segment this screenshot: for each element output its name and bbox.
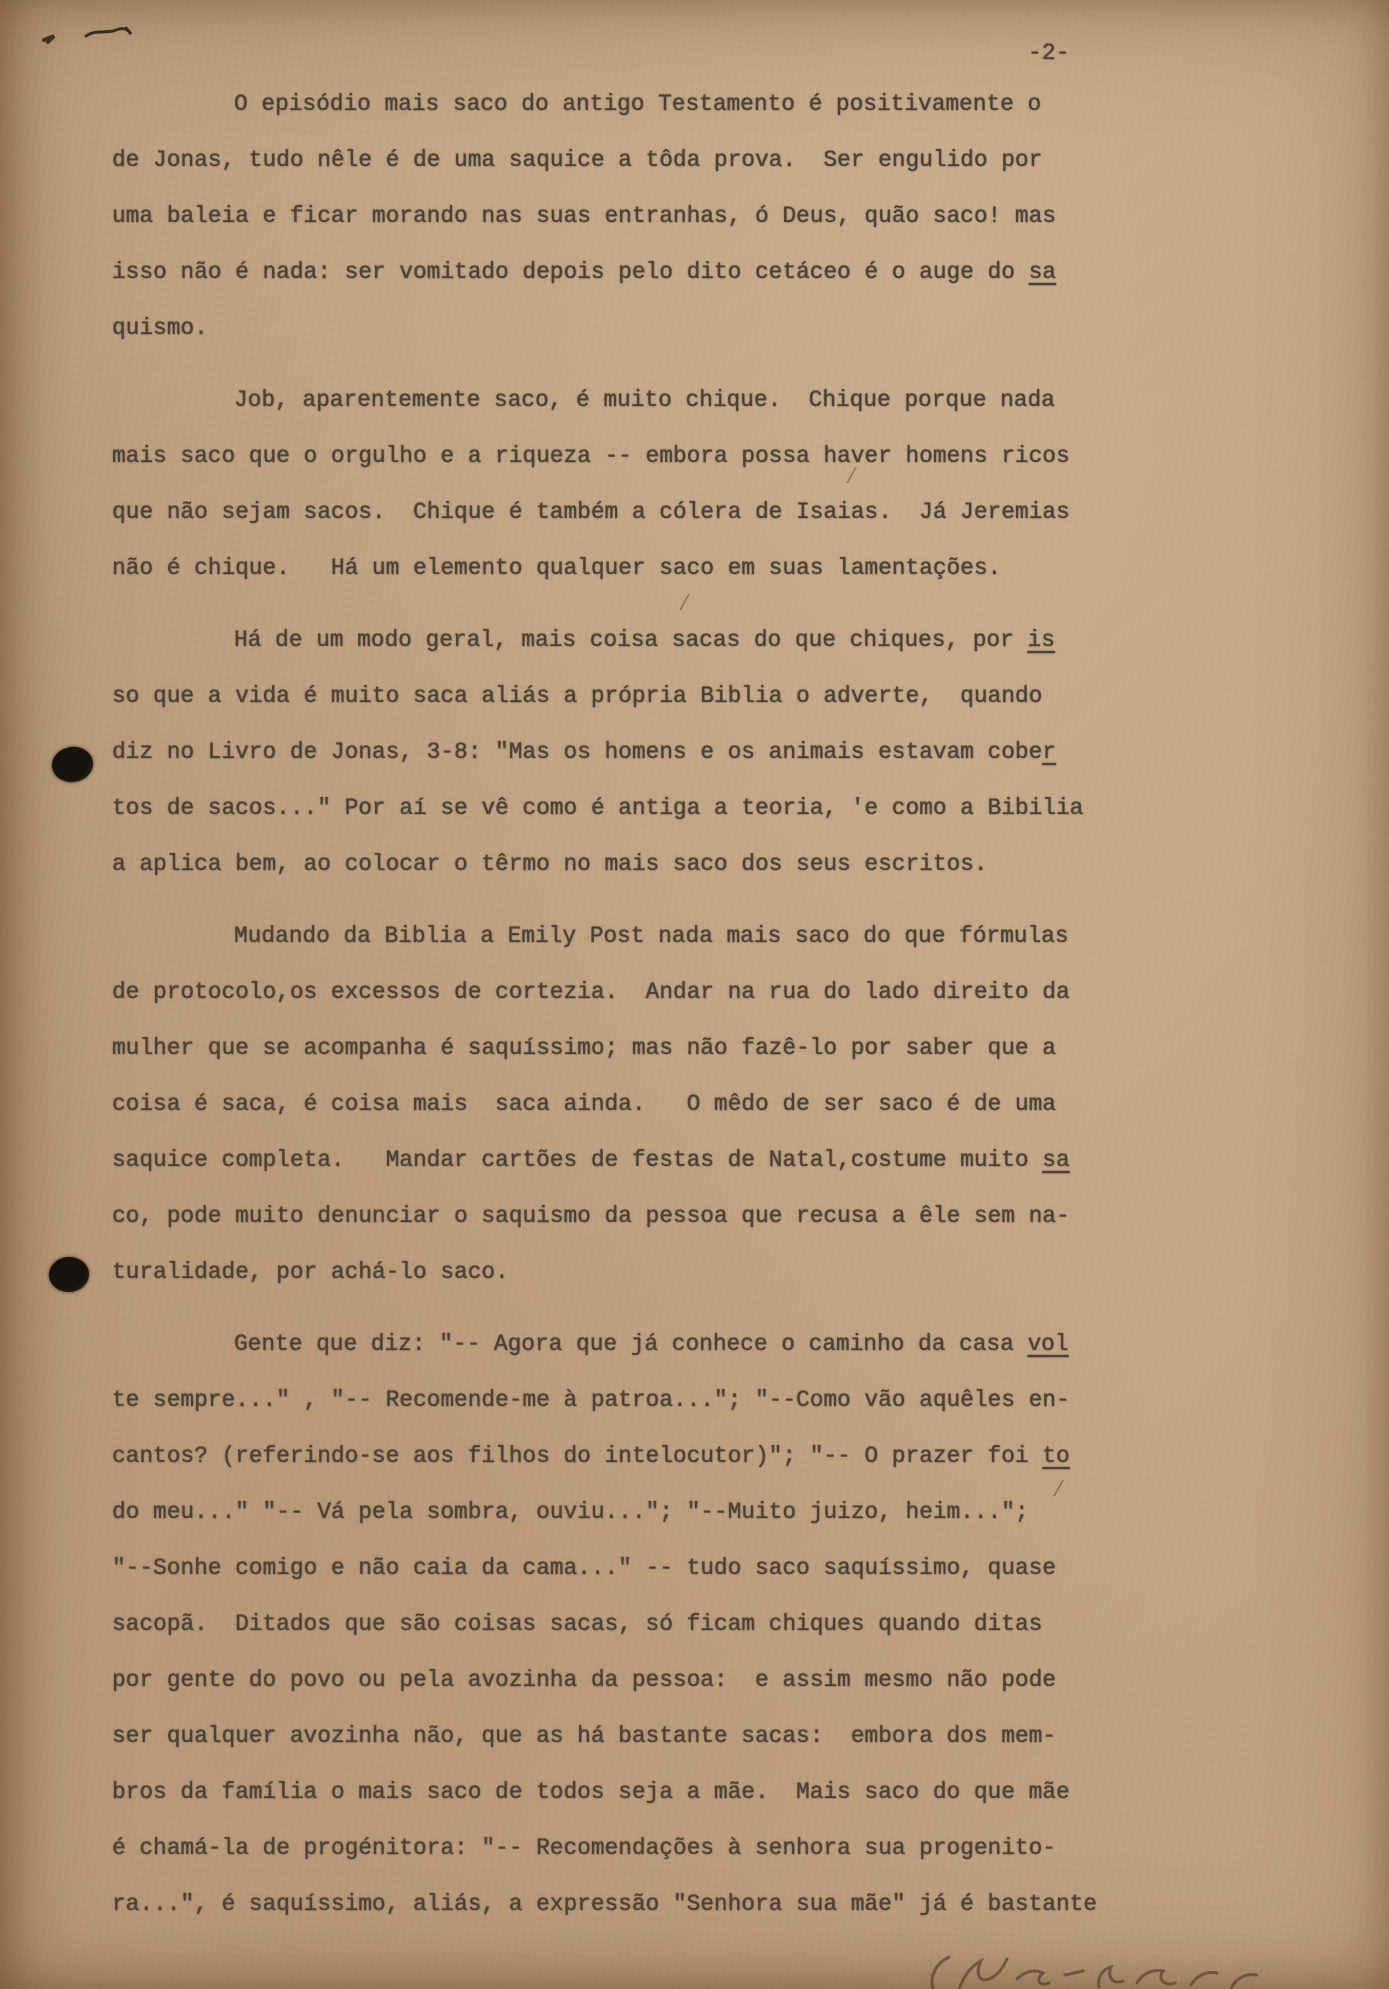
- text-segment: diz no Livro de Jonas, 3-8: "Mas os home…: [112, 739, 1042, 765]
- text-segment: co, pode muito denunciar o saquismo da p…: [112, 1203, 1070, 1229]
- text-segment: do meu..." "-- Vá pela sombra, ouviu..."…: [112, 1499, 1029, 1525]
- text-segment: não é chique. Há um elemento qualquer sa…: [112, 555, 1001, 581]
- text-segment: mulher que se acompanha é saquíssimo; ma…: [112, 1035, 1056, 1061]
- text-line: é chamá-la de progénitora: "-- Recomenda…: [112, 1820, 1272, 1876]
- handwritten-scribble: [915, 1945, 1275, 1989]
- text-segment: O episódio mais saco do antigo Testament…: [234, 91, 1041, 117]
- text-line: mulher que se acompanha é saquíssimo; ma…: [112, 1020, 1272, 1076]
- text-segment: que não sejam sacos. Chique é também a c…: [112, 499, 1070, 525]
- text-line: uma baleia e ficar morando nas suas entr…: [112, 188, 1272, 244]
- text-segment: mais saco que o orgulho e a riqueza -- e…: [112, 443, 1070, 469]
- text-line: "--Sonhe comigo e não caia da cama..." -…: [112, 1540, 1272, 1596]
- text-line: não é chique. Há um elemento qualquer sa…: [112, 540, 1272, 596]
- text-line: Há de um modo geral, mais coisa sacas do…: [112, 612, 1272, 668]
- paragraph: Há de um modo geral, mais coisa sacas do…: [112, 612, 1272, 892]
- text-segment: ser qualquer avozinha não, que as há bas…: [112, 1723, 1056, 1749]
- text-segment: ra...", é saquíssimo, aliás, a expressão…: [112, 1891, 1097, 1917]
- text-line: cantos? (referindo-se aos filhos do inte…: [112, 1428, 1272, 1484]
- punch-hole: [50, 744, 96, 785]
- text-segment: Mudando da Biblia a Emily Post nada mais…: [234, 923, 1069, 949]
- text-segment: isso não é nada: ser vomitado depois pel…: [112, 259, 1029, 285]
- text-line: do meu..." "-- Vá pela sombra, ouviu..."…: [112, 1484, 1272, 1540]
- text-line: de protocolo,os excessos de cortezia. An…: [112, 964, 1272, 1020]
- text-line: ser qualquer avozinha não, que as há bas…: [112, 1708, 1272, 1764]
- text-segment: é chamá-la de progénitora: "-- Recomenda…: [112, 1835, 1056, 1861]
- typewritten-text: O episódio mais saco do antigo Testament…: [112, 76, 1272, 1932]
- paragraph: O episódio mais saco do antigo Testament…: [112, 76, 1272, 356]
- text-segment: de Jonas, tudo nêle é de uma saquice a t…: [112, 147, 1042, 173]
- pencil-mark: [38, 20, 148, 50]
- text-segment: "--Sonhe comigo e não caia da cama..." -…: [112, 1555, 1056, 1581]
- underlined-text: is: [1027, 627, 1054, 653]
- text-segment: sacopã. Ditados que são coisas sacas, só…: [112, 1611, 1042, 1637]
- underlined-text: r: [1042, 739, 1056, 765]
- text-segment: por gente do povo ou pela avozinha da pe…: [112, 1667, 1056, 1693]
- text-line: de Jonas, tudo nêle é de uma saquice a t…: [112, 132, 1272, 188]
- text-line: Job, aparentemente saco, é muito chique.…: [112, 372, 1272, 428]
- underlined-text: vol: [1027, 1331, 1068, 1357]
- text-line: turalidade, por achá-lo saco.: [112, 1244, 1272, 1300]
- paragraph: Mudando da Biblia a Emily Post nada mais…: [112, 908, 1272, 1300]
- text-line: que não sejam sacos. Chique é também a c…: [112, 484, 1272, 540]
- text-line: Gente que diz: "-- Agora que já conhece …: [112, 1316, 1272, 1372]
- text-line: coisa é saca, é coisa mais saca ainda. O…: [112, 1076, 1272, 1132]
- document-page: -2- O episódio mais saco do antigo Testa…: [0, 0, 1389, 1989]
- paragraph: Gente que diz: "-- Agora que já conhece …: [112, 1316, 1272, 1932]
- text-segment: bros da família o mais saco de todos sej…: [112, 1779, 1070, 1805]
- text-segment: Há de um modo geral, mais coisa sacas do…: [234, 627, 1027, 653]
- text-segment: saquice completa. Mandar cartões de fest…: [112, 1147, 1042, 1173]
- text-segment: de protocolo,os excessos de cortezia. An…: [112, 979, 1070, 1005]
- text-segment: so que a vida é muito saca aliás a própr…: [112, 683, 1042, 709]
- text-line: sacopã. Ditados que são coisas sacas, só…: [112, 1596, 1272, 1652]
- text-line: quismo.: [112, 300, 1272, 356]
- punch-hole: [48, 1256, 90, 1294]
- text-line: a aplica bem, ao colocar o têrmo no mais…: [112, 836, 1272, 892]
- text-segment: cantos? (referindo-se aos filhos do inte…: [112, 1443, 1042, 1469]
- text-line: isso não é nada: ser vomitado depois pel…: [112, 244, 1272, 300]
- text-segment: Gente que diz: "-- Agora que já conhece …: [234, 1331, 1027, 1357]
- text-line: tos de sacos..." Por aí se vê como é ant…: [112, 780, 1272, 836]
- underlined-text: sa: [1029, 259, 1056, 285]
- text-line: co, pode muito denunciar o saquismo da p…: [112, 1188, 1272, 1244]
- text-line: ra...", é saquíssimo, aliás, a expressão…: [112, 1876, 1272, 1932]
- text-line: por gente do povo ou pela avozinha da pe…: [112, 1652, 1272, 1708]
- text-line: mais saco que o orgulho e a riqueza -- e…: [112, 428, 1272, 484]
- text-segment: te sempre..." , "-- Recomende-me à patro…: [112, 1387, 1070, 1413]
- underlined-text: sa: [1042, 1147, 1069, 1173]
- text-line: bros da família o mais saco de todos sej…: [112, 1764, 1272, 1820]
- text-segment: coisa é saca, é coisa mais saca ainda. O…: [112, 1091, 1056, 1117]
- text-line: diz no Livro de Jonas, 3-8: "Mas os home…: [112, 724, 1272, 780]
- text-line: te sempre..." , "-- Recomende-me à patro…: [112, 1372, 1272, 1428]
- text-segment: quismo.: [112, 315, 208, 341]
- page-number: -2-: [1028, 40, 1070, 66]
- text-segment: tos de sacos..." Por aí se vê como é ant…: [112, 795, 1083, 821]
- text-line: O episódio mais saco do antigo Testament…: [112, 76, 1272, 132]
- text-line: so que a vida é muito saca aliás a própr…: [112, 668, 1272, 724]
- underlined-text: to: [1042, 1443, 1069, 1469]
- text-segment: Job, aparentemente saco, é muito chique.…: [234, 387, 1055, 413]
- paragraph: Job, aparentemente saco, é muito chique.…: [112, 372, 1272, 596]
- text-segment: uma baleia e ficar morando nas suas entr…: [112, 203, 1056, 229]
- text-line: saquice completa. Mandar cartões de fest…: [112, 1132, 1272, 1188]
- text-segment: a aplica bem, ao colocar o têrmo no mais…: [112, 851, 988, 877]
- text-line: Mudando da Biblia a Emily Post nada mais…: [112, 908, 1272, 964]
- text-segment: turalidade, por achá-lo saco.: [112, 1259, 509, 1285]
